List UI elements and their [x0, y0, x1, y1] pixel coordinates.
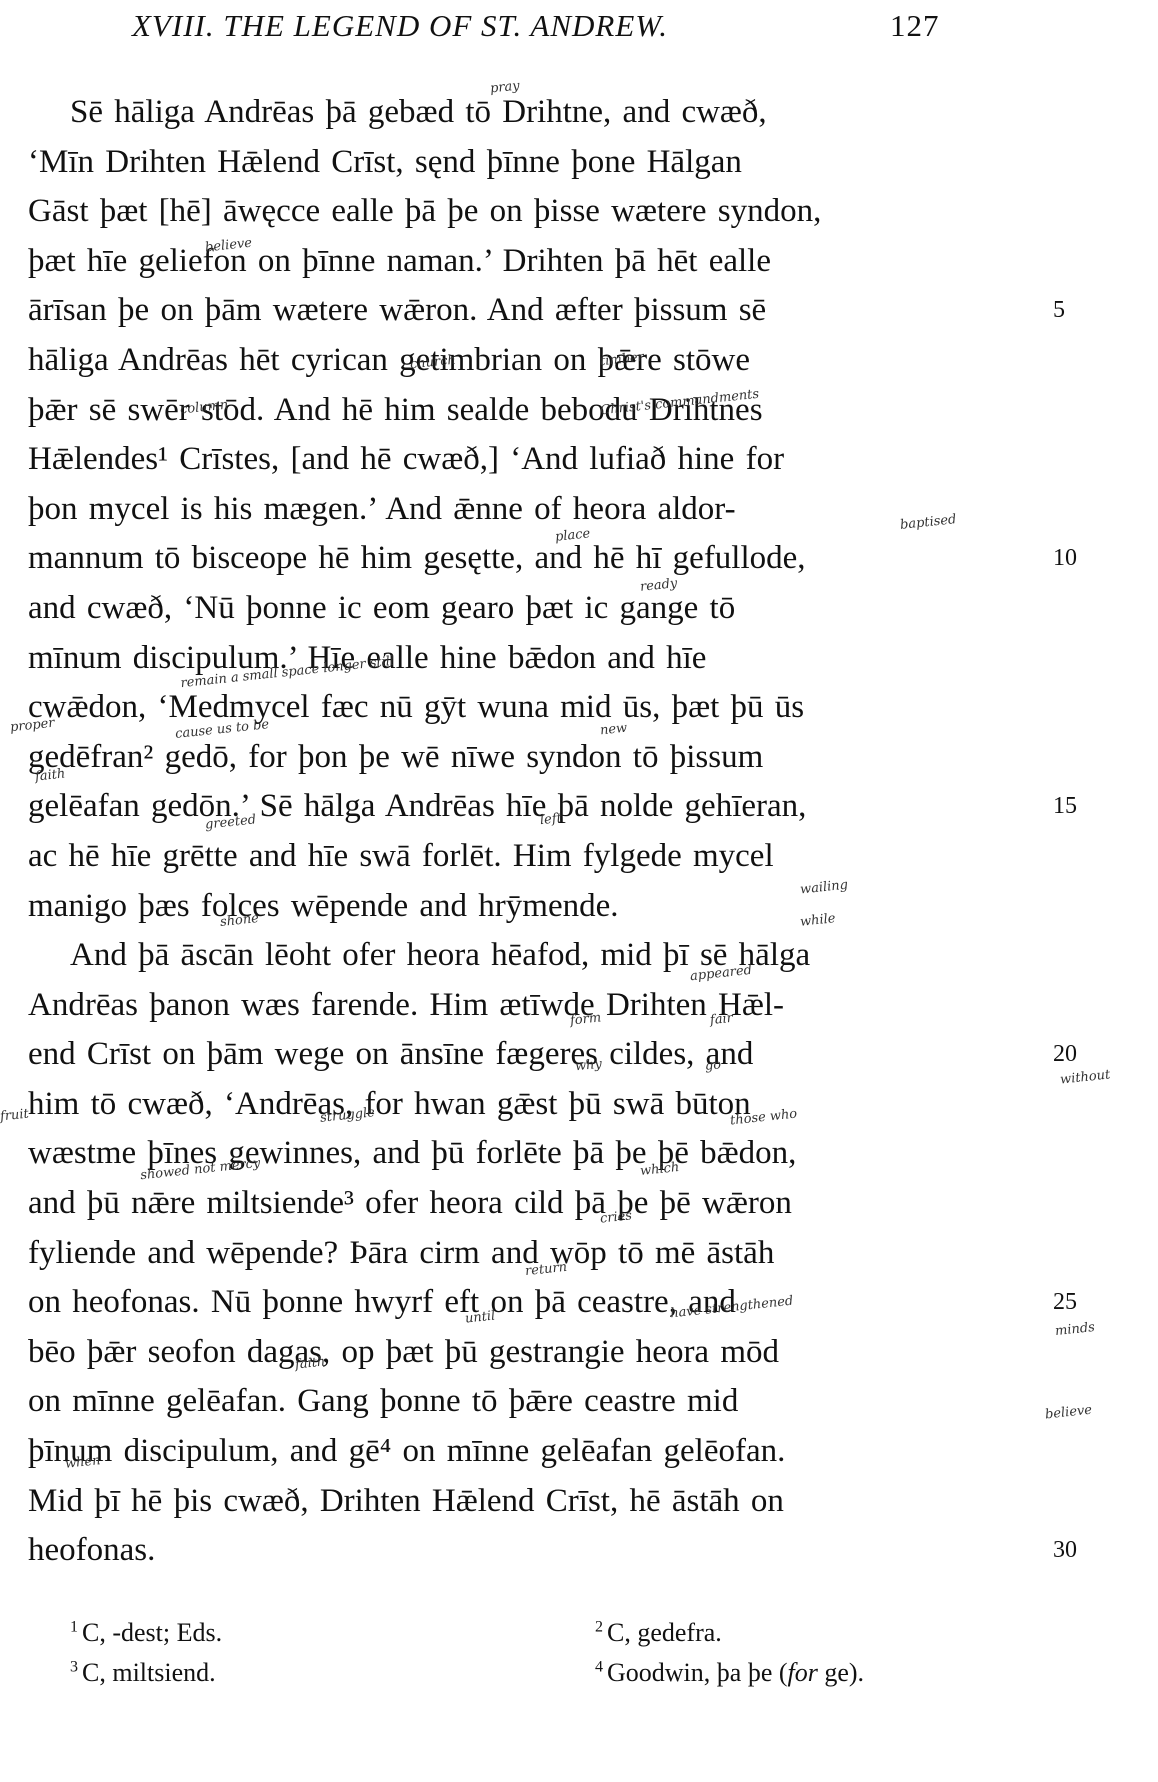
- text-line: þon mycel is his mægen.’ And ǣnne of heo…: [28, 485, 1028, 535]
- line-text: Hǣlendes¹ Crīstes, [and hē cwæð,] ‘And l…: [28, 435, 784, 485]
- text-line: Andrēas þanon wæs farende. Him ætīwde Dr…: [28, 981, 1028, 1031]
- handwritten-gloss: fruit: [0, 1107, 29, 1125]
- text-line: him tō cwæð, ‘Andrēas, for hwan gǣst þū …: [28, 1080, 1028, 1130]
- text-line: Sē hāliga Andrēas þā gebæd tō Drihtne, a…: [28, 88, 1028, 138]
- footnote-text: Goodwin, þa þe (: [607, 1658, 788, 1687]
- text-line: end Crīst on þām wege on ānsīne fægeres …: [28, 1030, 1028, 1080]
- chapter-title: XVIII. THE LEGEND OF ST. ANDREW.: [132, 8, 668, 43]
- line-text: and þū nǣre miltsiende³ ofer heora cild …: [28, 1179, 792, 1229]
- handwritten-gloss: pray: [489, 78, 520, 96]
- handwritten-gloss: believe: [1044, 1403, 1092, 1423]
- handwritten-gloss: fair: [709, 1011, 733, 1028]
- footnote-text: C, gedefra.: [607, 1618, 722, 1647]
- handwritten-gloss: faith: [34, 766, 66, 784]
- text-line: on heofonas. Nū þonne hwyrf eft on þā ce…: [28, 1278, 1028, 1328]
- text-line: Gāst þæt [hē] āwęcce ealle þā þe on þiss…: [28, 187, 1028, 237]
- text-line: gelēafan gedōn.’ Sē hālga Andrēas hīe þā…: [28, 782, 1028, 832]
- handwritten-gloss: new: [599, 721, 628, 739]
- footnote-3: 3 C, miltsiend.: [70, 1658, 216, 1688]
- handwritten-gloss: minds: [1054, 1320, 1095, 1339]
- line-number: 25: [1053, 1278, 1077, 1328]
- text-line: hāliga Andrēas hēt cyrican getimbrian on…: [28, 336, 1028, 386]
- text-line: þīnum discipulum, and gē⁴ on mīnne gelēa…: [28, 1427, 1028, 1477]
- footnote-1: 1 C, -dest; Eds.: [70, 1618, 222, 1648]
- text-line: cwǣdon, ‘Medmycel fæc nū gȳt wuna mid ūs…: [28, 683, 1028, 733]
- line-text: manigo þæs folces wēpende and hrȳmende.: [28, 882, 619, 932]
- handwritten-gloss: left: [539, 811, 562, 828]
- footnote-mark: 1: [70, 1618, 82, 1635]
- line-text: on heofonas. Nū þonne hwyrf eft on þā ce…: [28, 1278, 736, 1328]
- line-text: fyliende and wēpende? Þāra cirm and wōp …: [28, 1229, 774, 1279]
- line-number: 10: [1053, 534, 1077, 584]
- footnote-text: C, miltsiend.: [82, 1658, 216, 1687]
- line-text: ‘Mīn Drihten Hǣlend Crīst, sęnd þīnne þo…: [28, 138, 742, 188]
- line-text: and cwæð, ‘Nū þonne ic eom gearo þæt ic …: [28, 584, 735, 634]
- line-text: heofonas.: [28, 1526, 155, 1576]
- text-line: on mīnne gelēafan. Gang þonne tō þǣre ce…: [28, 1377, 1028, 1427]
- legend-text: Sē hāliga Andrēas þā gebæd tō Drihtne, a…: [28, 88, 1028, 1576]
- running-header: XVIII. THE LEGEND OF ST. ANDREW. 127: [132, 8, 1012, 44]
- line-text: him tō cwæð, ‘Andrēas, for hwan gǣst þū …: [28, 1080, 751, 1130]
- footnote-4: 4 Goodwin, þa þe (for ge).: [595, 1658, 864, 1688]
- footnote-text: ge).: [818, 1658, 864, 1687]
- line-text: on mīnne gelēafan. Gang þonne tō þǣre ce…: [28, 1377, 738, 1427]
- text-line: and þū nǣre miltsiende³ ofer heora cild …: [28, 1179, 1028, 1229]
- line-text: Mid þī hē þis cwæð, Drihten Hǣlend Crīst…: [28, 1477, 784, 1527]
- line-text: ac hē hīe grētte and hīe swā forlēt. Him…: [28, 832, 774, 882]
- line-number: 15: [1053, 782, 1077, 832]
- text-line: þǣr sē swēr stōd. And hē him sealde bebo…: [28, 386, 1028, 436]
- text-line: mannum tō bisceope hē him gesętte, and h…: [28, 534, 1028, 584]
- handwritten-gloss: faith: [294, 1354, 326, 1372]
- line-text: Andrēas þanon wæs farende. Him ætīwde Dr…: [28, 981, 784, 1031]
- footnote-2: 2 C, gedefra.: [595, 1618, 722, 1648]
- line-text: cwǣdon, ‘Medmycel fæc nū gȳt wuna mid ūs…: [28, 683, 804, 733]
- text-line: Hǣlendes¹ Crīstes, [and hē cwæð,] ‘And l…: [28, 435, 1028, 485]
- text-line: heofonas.30: [28, 1526, 1028, 1576]
- line-text: Gāst þæt [hē] āwęcce ealle þā þe on þiss…: [28, 187, 821, 237]
- text-line: ‘Mīn Drihten Hǣlend Crīst, sęnd þīnne þo…: [28, 138, 1028, 188]
- line-number: 30: [1053, 1526, 1077, 1576]
- line-text: gelēafan gedōn.’ Sē hālga Andrēas hīe þā…: [28, 782, 806, 832]
- line-text: þon mycel is his mægen.’ And ǣnne of heo…: [28, 485, 736, 535]
- footnote-mark: 4: [595, 1658, 607, 1675]
- text-line: bēo þǣr seofon dagas, op þæt þū gestrang…: [28, 1328, 1028, 1378]
- footnote-italic: for: [788, 1658, 818, 1687]
- text-line: and cwæð, ‘Nū þonne ic eom gearo þæt ic …: [28, 584, 1028, 634]
- text-line: þæt hīe geliefon on þīnne naman.’ Drihte…: [28, 237, 1028, 287]
- line-text: bēo þǣr seofon dagas, op þæt þū gestrang…: [28, 1328, 779, 1378]
- text-line: And þā āscān lēoht ofer heora hēafod, mi…: [28, 931, 1028, 981]
- line-text: Sē hāliga Andrēas þā gebæd tō Drihtne, a…: [28, 88, 767, 138]
- text-line: manigo þæs folces wēpende and hrȳmende.: [28, 882, 1028, 932]
- text-line: Mid þī hē þis cwæð, Drihten Hǣlend Crīst…: [28, 1477, 1028, 1527]
- text-line: mīnum discipulum.’ Hīe ealle hine bǣdon …: [28, 634, 1028, 684]
- footnote-mark: 2: [595, 1618, 607, 1635]
- handwritten-gloss: why: [574, 1057, 602, 1075]
- text-line: ārīsan þe on þām wætere wǣron. And æfter…: [28, 286, 1028, 336]
- handwritten-gloss: go: [704, 1057, 722, 1074]
- line-text: end Crīst on þām wege on ānsīne fægeres …: [28, 1030, 753, 1080]
- page-number: 127: [890, 8, 940, 44]
- line-text: þīnum discipulum, and gē⁴ on mīnne gelēa…: [28, 1427, 785, 1477]
- handwritten-gloss: until: [464, 1308, 496, 1326]
- text-line: ac hē hīe grētte and hīe swā forlēt. Him…: [28, 832, 1028, 882]
- footnote-mark: 3: [70, 1658, 82, 1675]
- line-text: ārīsan þe on þām wætere wǣron. And æfter…: [28, 286, 766, 336]
- line-text: mannum tō bisceope hē him gesętte, and h…: [28, 534, 806, 584]
- line-text: gedēfran² gedō, for þon þe wē nīwe syndo…: [28, 733, 763, 783]
- line-text: þæt hīe geliefon on þīnne naman.’ Drihte…: [28, 237, 771, 287]
- footnote-text: C, -dest; Eds.: [82, 1618, 222, 1647]
- line-number: 5: [1053, 286, 1065, 336]
